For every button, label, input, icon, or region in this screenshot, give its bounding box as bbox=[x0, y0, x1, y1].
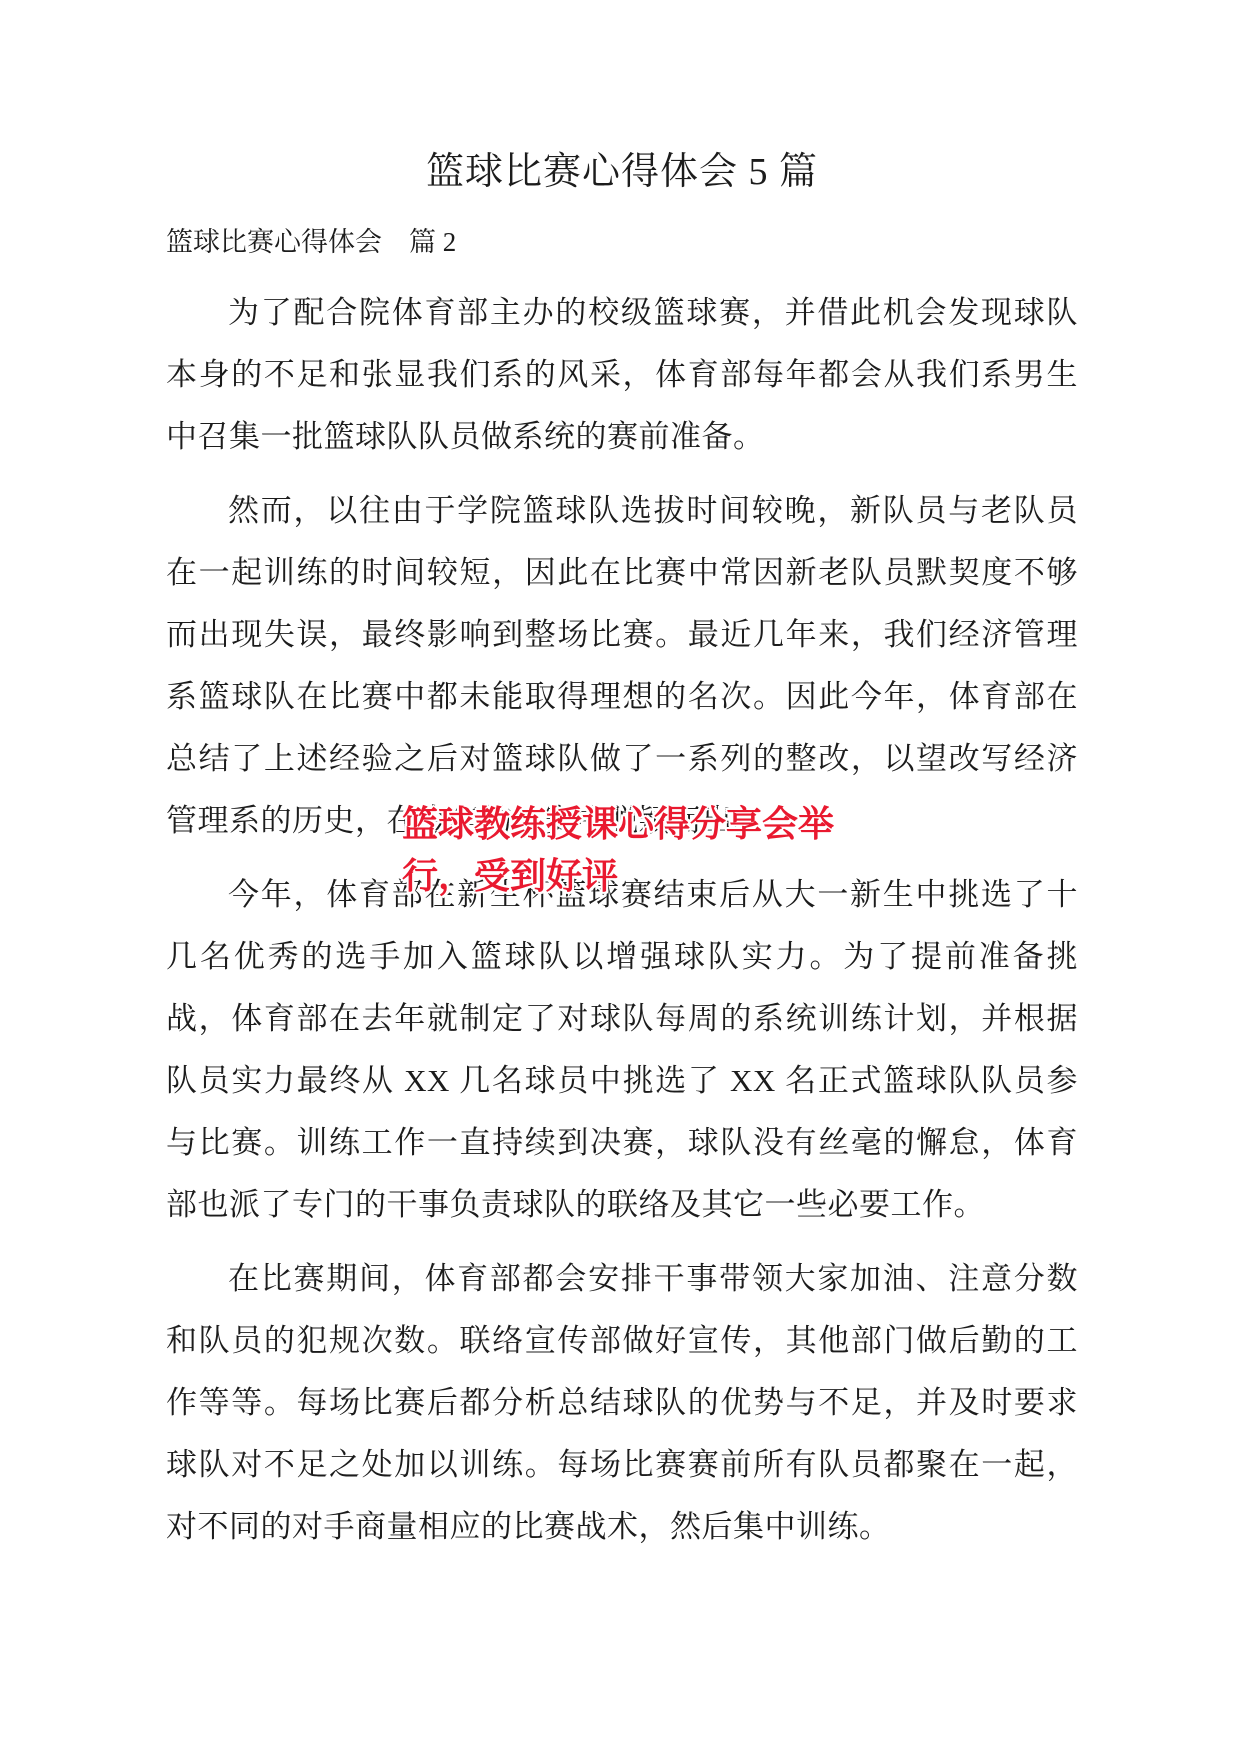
document-page: 篮球比赛心得体会 5 篇 篮球比赛心得体会 篇 2 为了配合院体育部主办的校级篮… bbox=[0, 0, 1240, 1753]
paragraph-3: 今年，体育部在新生杯篮球赛结束后从大一新生中挑选了十几名优秀的选手加入篮球队以增… bbox=[166, 864, 1078, 1236]
paragraph-4: 在比赛期间，体育部都会安排干事带领大家加油、注意分数和队员的犯规次数。联络宣传部… bbox=[166, 1248, 1078, 1558]
paragraph-1: 为了配合院体育部主办的校级篮球赛，并借此机会发现球队本身的不足和张显我们系的风采… bbox=[166, 282, 1078, 468]
overlay-headline-line2: 行，受到好评 bbox=[402, 850, 834, 902]
overlay-headline-line1: 篮球教练授课心得分享会举 bbox=[402, 798, 834, 850]
document-subtitle: 篮球比赛心得体会 篇 2 bbox=[166, 222, 1078, 262]
document-title: 篮球比赛心得体会 5 篇 bbox=[166, 144, 1078, 200]
paragraph-2: 然而，以往由于学院篮球队选拔时间较晚，新队员与老队员在一起训练的时间较短，因此在… bbox=[166, 480, 1078, 852]
overlay-headline: 篮球教练授课心得分享会举 行，受到好评 bbox=[402, 798, 834, 902]
